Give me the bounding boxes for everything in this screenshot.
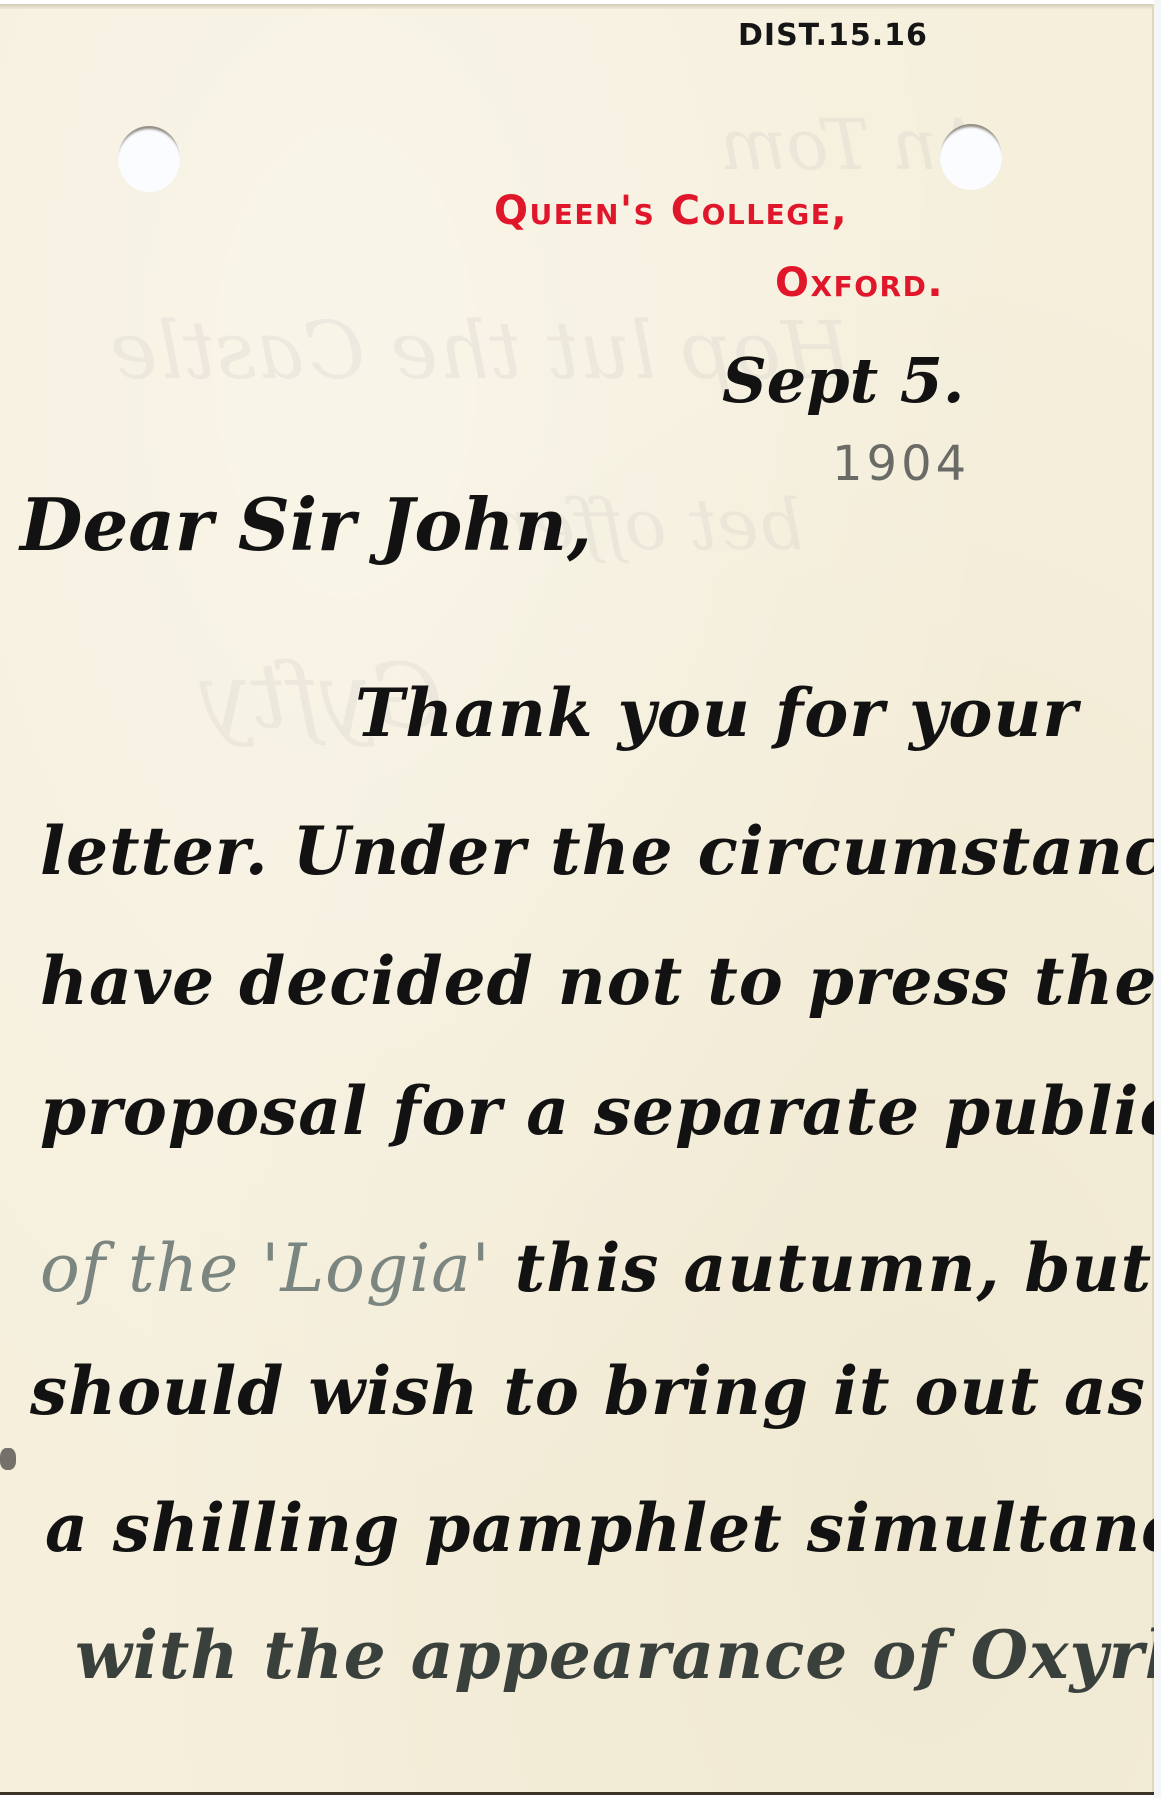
salutation: Dear Sir John,: [20, 482, 592, 567]
letter-year-pencil: 1904: [832, 436, 970, 492]
letterhead-institution: Queen's College,: [494, 188, 848, 234]
body-line-8-main: with the appearance of Oxyrhynchus: [75, 1616, 1161, 1694]
body-line-1: Thank you for your: [355, 674, 1078, 752]
body-line-3: have decided not to press the: [40, 942, 1157, 1020]
ink-smudge: [0, 1448, 16, 1470]
body-line-7: a shilling pamphlet simultaneously: [45, 1489, 1161, 1567]
letterhead-city: Oxford.: [775, 260, 944, 306]
body-line-2: letter. Under the circumstances we: [40, 812, 1161, 890]
top-edge-shadow: [0, 4, 1152, 9]
body-line-6: should wish to bring it out as: [30, 1352, 1146, 1430]
body-line-4: proposal for a separate publication: [40, 1072, 1161, 1150]
letter-date: Sept 5.: [722, 344, 965, 417]
letter-paper: An Tom Hop lut the Castle bet offer Gyft…: [0, 4, 1154, 1792]
scan-background-edge: [1154, 0, 1161, 1798]
punch-hole-right: [940, 124, 1002, 190]
body-line-8: with the appearance of Oxyrhynchus IV: [75, 1616, 1161, 1694]
logia-insertion: of the 'Logia': [40, 1230, 491, 1307]
body-line-5-rest: this autumn, but we: [491, 1229, 1161, 1307]
catalog-number: DIST.15.16: [738, 18, 928, 53]
punch-hole-left: [118, 126, 180, 192]
body-line-5: of the 'Logia' this autumn, but we: [40, 1229, 1161, 1307]
